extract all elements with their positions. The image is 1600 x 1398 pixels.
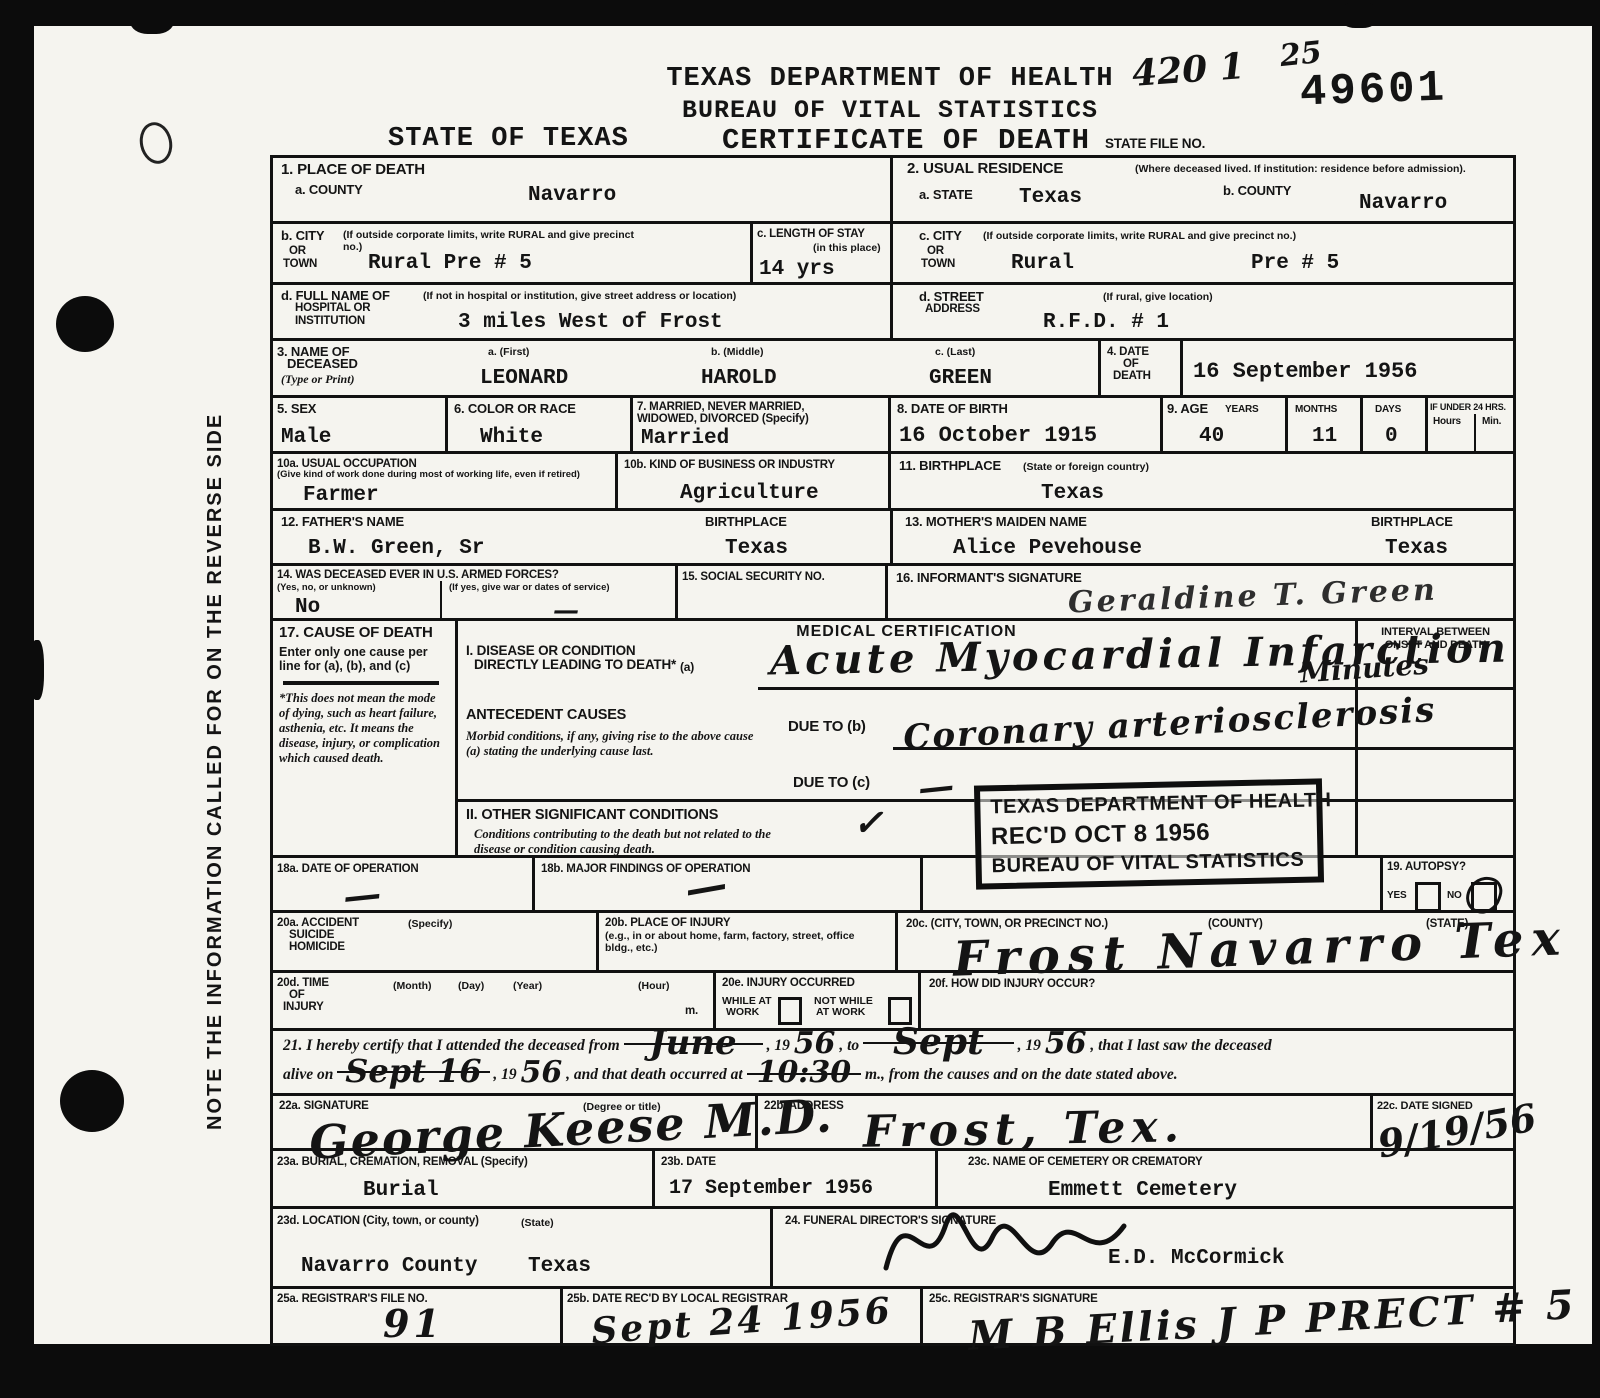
operation-findings-value: —: [682, 863, 731, 912]
injury-time-label3: INJURY: [283, 1001, 324, 1014]
dod-label2: OF: [1123, 358, 1139, 371]
row-operation: 18a. DATE OF OPERATION — 18b. MAJOR FIND…: [273, 855, 1513, 910]
injury-time-label2: OF: [289, 989, 305, 1002]
mother-value: Alice Pevehouse: [953, 537, 1142, 560]
dod-label3: DEATH: [1113, 370, 1151, 383]
field-residence-city: c. CITY (If outside corporate limits, wr…: [893, 224, 1513, 282]
field-birthplace: 11. BIRTHPLACE (State or foreign country…: [891, 454, 1513, 508]
under24-divider: [1474, 414, 1476, 452]
cert-p8: , and that death occurred at: [566, 1066, 743, 1083]
field-time-of-injury: 20d. TIME OF INJURY (Month) (Day) (Year)…: [273, 973, 716, 1028]
residence-precinct-value: Pre # 5: [1251, 252, 1339, 275]
place-of-injury-note: (e.g., in or about home, farm, factory, …: [605, 930, 880, 954]
due-b-value: Coronary arteriosclerosis: [902, 693, 1437, 755]
row-parents: 12. FATHER'S NAME BIRTHPLACE B.W. Green,…: [273, 508, 1513, 563]
scan-edge-left: [0, 0, 34, 1398]
header-dept-line1: TEXAS DEPARTMENT OF HEALTH: [640, 64, 1140, 94]
death-certificate-scan: NOTE THE INFORMATION CALLED FOR ON THE R…: [0, 0, 1600, 1398]
field-physician-address: 22b. ADDRESS Frost, Tex.: [758, 1096, 1373, 1148]
field-color-race: 6. COLOR OR RACE White: [448, 398, 633, 451]
industry-label: 10b. KIND OF BUSINESS OR INDUSTRY: [624, 459, 884, 472]
row-service-informant: 14. WAS DECEASED EVER IN U.S. ARMED FORC…: [273, 563, 1513, 618]
birthplace-note: (State or foreign country): [1023, 461, 1149, 473]
field-age-days: DAYS 0: [1363, 398, 1428, 451]
funeral-director-signature-scrawl: [878, 1182, 1128, 1297]
cert-p5: , that I last saw the deceased: [1090, 1037, 1271, 1054]
dod-value: 16 September 1956: [1193, 359, 1417, 384]
color-race-label: 6. COLOR OR RACE: [454, 402, 576, 417]
margin-note: NOTE THE INFORMATION CALLED FOR ON THE R…: [204, 345, 227, 1130]
scan-blob: [130, 2, 174, 34]
field-cause-of-death-sidebar: 17. CAUSE OF DEATH Enter only one cause …: [273, 621, 458, 855]
cause-note2: *This does not mean the mode of dying, s…: [279, 691, 449, 766]
handwritten-oval-mark: [136, 119, 176, 167]
received-stamp: TEXAS DEPARTMENT OF HEALTH REC'D OCT 8 1…: [974, 778, 1324, 889]
field-middle-name: b. (Middle) HAROLD: [653, 341, 873, 395]
city-label: b. CITY: [281, 229, 324, 244]
autopsy-label: 19. AUTOPSY?: [1387, 861, 1466, 874]
war-note: (If yes, give war or dates of service): [449, 583, 664, 594]
city-town: TOWN: [283, 258, 317, 271]
field-city-of-death: b. CITY (If outside corporate limits, wr…: [273, 224, 753, 282]
field-operation-findings: 18b. MAJOR FINDINGS OF OPERATION —: [535, 858, 923, 910]
field-last-name: c. (Last) GREEN: [873, 341, 1098, 395]
cert-to-value: Sept: [863, 1042, 1014, 1044]
certificate-form: 1. PLACE OF DEATH a. COUNTY Navarro 2. U…: [270, 155, 1516, 1346]
scan-blob: [980, 0, 1006, 20]
accident-label3: HOMICIDE: [289, 941, 345, 954]
field-dob: 8. DATE OF BIRTH 16 October 1915: [891, 398, 1163, 451]
age-days-value: 0: [1385, 425, 1398, 448]
age-years-label: YEARS: [1225, 404, 1258, 415]
usual-residence-label: 2. USUAL RESIDENCE: [907, 161, 1063, 178]
cert-p6: alive on: [283, 1066, 333, 1083]
armed-forces-note: (Yes, no, or unknown): [277, 583, 397, 594]
field-registrar-date: 25b. DATE REC'D BY LOCAL REGISTRAR Sept …: [563, 1289, 923, 1343]
due-c-label: DUE TO (c): [793, 775, 870, 792]
field-place-of-death: 1. PLACE OF DEATH a. COUNTY Navarro: [273, 158, 893, 221]
injury-hour-label: (Hour): [638, 980, 670, 992]
field-injury-location: 20c. (CITY, TOWN, OR PRECINCT NO.) (COUN…: [898, 913, 1513, 970]
field-street-address: d. STREET ADDRESS (If rural, give locati…: [893, 285, 1513, 338]
cert-p7: , 19: [493, 1066, 516, 1083]
row-medical-certification: 17. CAUSE OF DEATH Enter only one cause …: [273, 618, 1513, 855]
field-registrar-signature: 25c. REGISTRAR'S SIGNATURE M B Ellis J P…: [923, 1289, 1513, 1343]
field-first-name: a. (First) LEONARD: [458, 341, 653, 395]
place-of-injury-label: 20b. PLACE OF INJURY: [605, 917, 730, 930]
institution-label2: HOSPITAL OR: [295, 302, 370, 315]
row-institution-street: d. FULL NAME OF (If not in hospital or i…: [273, 282, 1513, 338]
residence-state-value: Texas: [1019, 186, 1082, 209]
cemetery-label: 23c. NAME OF CEMETERY OR CREMATORY: [968, 1156, 1203, 1169]
field-institution: d. FULL NAME OF (If not in hospital or i…: [273, 285, 893, 338]
age-label: 9. AGE: [1167, 402, 1208, 417]
burial-location-state-label: (State): [521, 1217, 554, 1229]
county-value: Navarro: [528, 184, 616, 207]
residence-city-label: c. CITY: [919, 229, 962, 244]
marital-label2: WIDOWED, DIVORCED (Specify): [637, 413, 809, 426]
name-label2: DECEASED: [287, 357, 358, 372]
burial-location-value: Navarro County: [301, 1255, 477, 1278]
header-dept-line2: BUREAU OF VITAL STATISTICS: [640, 96, 1140, 125]
row-certification-statement: 21. I hereby certify that I attended the…: [273, 1028, 1513, 1093]
under24-label: IF UNDER 24 HRS.: [1430, 402, 1506, 412]
interval-line-b: [1358, 747, 1513, 750]
last-name-value: GREEN: [929, 367, 992, 390]
disease-label1: I. DISEASE OR CONDITION: [466, 643, 635, 658]
not-while-label2: AT WORK: [816, 1006, 865, 1018]
sex-label: 5. SEX: [277, 402, 316, 417]
field-industry: 10b. KIND OF BUSINESS OR INDUSTRY Agricu…: [618, 454, 891, 508]
name-label3: (Type or Print): [281, 372, 355, 386]
field-dod-value: 16 September 1956: [1183, 341, 1513, 395]
city-note: (If outside corporate limits, write RURA…: [343, 229, 648, 253]
mother-label: 13. MOTHER'S MAIDEN NAME: [905, 515, 1087, 530]
field-sex: 5. SEX Male: [273, 398, 448, 451]
scan-edge-right: [1592, 0, 1600, 1398]
injury-occurred-label: 20e. INJURY OCCURRED: [722, 977, 855, 990]
injury-month-label: (Month): [393, 980, 431, 992]
middle-name-label: b. (Middle): [711, 346, 764, 358]
institution-label3: INSTITUTION: [295, 315, 365, 328]
under24-hours-label: Hours: [1433, 416, 1461, 427]
field-under-24: IF UNDER 24 HRS. Hours Min.: [1428, 398, 1513, 451]
disease-tag: (a): [680, 661, 694, 674]
scan-blob: [420, 0, 450, 24]
certificate-title: CERTIFICATE OF DEATH: [722, 124, 1090, 157]
marital-value: Married: [641, 427, 729, 450]
first-name-label: a. (First): [488, 346, 529, 358]
signature-label: 22a. SIGNATURE: [279, 1100, 369, 1113]
age-months-value: 11: [1312, 425, 1337, 448]
armed-forces-label: 14. WAS DECEASED EVER IN U.S. ARMED FORC…: [277, 569, 559, 582]
residence-city-town: TOWN: [921, 258, 955, 271]
residence-city-value: Rural: [1011, 252, 1074, 275]
field-age-years: 9. AGE YEARS 40: [1163, 398, 1288, 451]
field-usual-residence: 2. USUAL RESIDENCE (Where deceased lived…: [893, 158, 1513, 221]
field-place-of-injury: 20b. PLACE OF INJURY (e.g., in or about …: [599, 913, 898, 970]
field-armed-forces: 14. WAS DECEASED EVER IN U.S. ARMED FORC…: [273, 566, 678, 618]
age-years-value: 40: [1199, 425, 1224, 448]
age-months-label: MONTHS: [1295, 404, 1337, 415]
row-physician: 22a. SIGNATURE (Degree or title) George …: [273, 1093, 1513, 1148]
autopsy-yes-checkbox: [1415, 882, 1441, 912]
stamp-line2: REC'D OCT 8 1956: [991, 817, 1308, 852]
institution-value: 3 miles West of Frost: [458, 311, 723, 334]
street-note: (If rural, give location): [1103, 291, 1213, 303]
field-length-of-stay: c. LENGTH OF STAY (in this place) 14 yrs: [753, 224, 893, 282]
middle-name-value: HAROLD: [701, 367, 777, 390]
father-label: 12. FATHER'S NAME: [281, 515, 404, 530]
birthplace-label: 11. BIRTHPLACE: [899, 459, 1001, 474]
row-name-dod: 3. NAME OF DECEASED (Type or Print) a. (…: [273, 338, 1513, 395]
disease-label2: DIRECTLY LEADING TO DEATH*: [474, 657, 676, 672]
certification-line2: alive on Sept 16 , 19 56 , and that deat…: [283, 1066, 1503, 1085]
antecedent-label: ANTECEDENT CAUSES: [466, 707, 626, 723]
interval-value: Minutes: [1299, 651, 1429, 688]
ssn-label: 15. SOCIAL SECURITY NO.: [682, 571, 825, 584]
burial-value: Burial: [363, 1179, 439, 1202]
while-at-work-checkbox: [778, 997, 802, 1025]
father-birthplace-value: Texas: [725, 537, 788, 560]
registrar-file-value: 91: [383, 1305, 444, 1343]
residence-county-value: Navarro: [1359, 192, 1447, 215]
street-label2: ADDRESS: [925, 303, 980, 316]
accident-note: (Specify): [408, 918, 452, 930]
street-value: R.F.D. # 1: [1043, 311, 1169, 334]
field-age-months: MONTHS 11: [1288, 398, 1363, 451]
city-or: OR: [289, 245, 306, 258]
city-value: Rural Pre # 5: [368, 252, 532, 275]
field-name-label: 3. NAME OF DECEASED (Type or Print): [273, 341, 458, 395]
row-place-residence: 1. PLACE OF DEATH a. COUNTY Navarro 2. U…: [273, 158, 1513, 221]
handwritten-code: 420 1: [1131, 48, 1246, 92]
sex-value: Male: [281, 426, 331, 449]
burial-location-label: 23d. LOCATION (City, town, or county): [277, 1215, 479, 1228]
injury-year-label: (Year): [513, 980, 542, 992]
field-registrar-file-no: 25a. REGISTRAR'S FILE NO. 91: [273, 1289, 563, 1343]
hole-punch-top: [56, 296, 114, 352]
scan-blob: [1340, 2, 1378, 28]
field-mother: 13. MOTHER'S MAIDEN NAME BIRTHPLACE Alic…: [893, 511, 1513, 563]
while-at-work-label2: WORK: [726, 1006, 759, 1018]
cert-p2: , 19: [767, 1037, 790, 1054]
header-state-of-texas: STATE OF TEXAS: [388, 124, 629, 154]
other-conditions-label: II. OTHER SIGNIFICANT CONDITIONS: [466, 807, 718, 823]
dob-label: 8. DATE OF BIRTH: [897, 402, 1008, 417]
cert-p4: , 19: [1018, 1037, 1041, 1054]
place-of-death-label: 1. PLACE OF DEATH: [281, 162, 425, 179]
state-file-number: 49601: [1299, 63, 1448, 118]
burial-date-label: 23b. DATE: [661, 1156, 716, 1169]
cert-alive-value: Sept 16: [337, 1071, 489, 1073]
scan-edge-bottom: [0, 1344, 1600, 1398]
burial-date-value: 17 September 1956: [669, 1177, 873, 1200]
father-birthplace-label: BIRTHPLACE: [705, 515, 787, 530]
occupation-value: Farmer: [303, 484, 379, 507]
row-occupation: 10a. USUAL OCCUPATION (Give kind of work…: [273, 451, 1513, 508]
injury-time-label1: 20d. TIME: [277, 977, 329, 990]
physician-address-value: Frost, Tex.: [863, 1105, 1186, 1155]
stay-note: (in this place): [813, 242, 889, 254]
industry-value: Agriculture: [680, 482, 819, 505]
field-father: 12. FATHER'S NAME BIRTHPLACE B.W. Green,…: [273, 511, 893, 563]
mother-birthplace-value: Texas: [1385, 537, 1448, 560]
field-certification: 21. I hereby certify that I attended the…: [273, 1031, 1513, 1093]
cause-note1: Enter only one cause per line for (a), (…: [279, 645, 449, 674]
marital-label1: 7. MARRIED, NEVER MARRIED,: [637, 401, 804, 414]
cert-p9: m., from the causes and on the date stat…: [865, 1066, 1178, 1083]
other-conditions-note: Conditions contributing to the death but…: [474, 827, 804, 857]
stamp-line3: BUREAU OF VITAL STATISTICS: [991, 849, 1307, 879]
field-occupation: 10a. USUAL OCCUPATION (Give kind of work…: [273, 454, 618, 508]
disease-line: [758, 687, 1358, 690]
field-autopsy: 19. AUTOPSY? YES NO: [1383, 858, 1513, 910]
dod-label1: 4. DATE: [1107, 346, 1149, 359]
cert-p3: , to: [839, 1037, 859, 1054]
color-race-value: White: [480, 426, 543, 449]
antecedent-note: Morbid conditions, if any, giving rise t…: [466, 729, 761, 759]
stamp-line1: TEXAS DEPARTMENT OF HEALTH: [990, 790, 1306, 820]
residence-city-note: (If outside corporate limits, write RURA…: [983, 230, 1383, 242]
field-ssn: 15. SOCIAL SECURITY NO.: [678, 566, 888, 618]
state-file-no-label: STATE FILE NO.: [1105, 136, 1205, 151]
autopsy-yes-label: YES: [1387, 890, 1406, 901]
due-b-label: DUE TO (b): [788, 719, 866, 736]
field-marital: 7. MARRIED, NEVER MARRIED, WIDOWED, DIVO…: [633, 398, 891, 451]
under24-min-label: Min.: [1482, 416, 1501, 427]
field-burial-location: 23d. LOCATION (City, town, or county) (S…: [273, 1209, 773, 1286]
row-city-stay: b. CITY (If outside corporate limits, wr…: [273, 221, 1513, 282]
interval-line-a: [1358, 687, 1513, 690]
other-conditions-value: ✓: [853, 805, 883, 841]
scan-blob: [30, 640, 44, 700]
cert-time-value: 10:30: [747, 1073, 862, 1075]
informant-signature: Geraldine T. Green: [1068, 576, 1439, 619]
first-name-value: LEONARD: [480, 367, 568, 390]
accident-label1: 20a. ACCIDENT: [277, 917, 359, 930]
row-sex-age: 5. SEX Male 6. COLOR OR RACE White 7. MA…: [273, 395, 1513, 451]
last-name-label: c. (Last): [935, 346, 975, 358]
field-informant: 16. INFORMANT'S SIGNATURE Geraldine T. G…: [888, 566, 1513, 618]
injury-m-label: m.: [685, 1005, 698, 1018]
age-days-label: DAYS: [1375, 404, 1401, 415]
row-injury-place: 20a. ACCIDENT SUICIDE HOMICIDE (Specify)…: [273, 910, 1513, 970]
mother-birthplace-label: BIRTHPLACE: [1371, 515, 1453, 530]
field-date-of-operation: 18a. DATE OF OPERATION —: [273, 858, 535, 910]
stay-value: 14 yrs: [759, 258, 835, 281]
field-accident-suicide: 20a. ACCIDENT SUICIDE HOMICIDE (Specify): [273, 913, 599, 970]
father-value: B.W. Green, Sr: [308, 537, 484, 560]
field-date-signed: 22c. DATE SIGNED 9/19/56: [1373, 1096, 1513, 1148]
autopsy-no-label: NO: [1447, 890, 1462, 901]
armed-forces-divider: [440, 581, 442, 621]
interval-line-c: [1358, 799, 1513, 802]
occupation-note: (Give kind of work done during most of w…: [277, 470, 607, 481]
row-injury-time: 20d. TIME OF INJURY (Month) (Day) (Year)…: [273, 970, 1513, 1028]
dob-value: 16 October 1915: [899, 423, 1097, 448]
usual-residence-note: (Where deceased lived. If institution: r…: [1135, 163, 1507, 175]
field-injury-occurred: 20e. INJURY OCCURRED WHILE AT WORK NOT W…: [716, 973, 921, 1028]
institution-note: (If not in hospital or institution, give…: [423, 290, 883, 302]
due-c-value: —: [916, 767, 956, 807]
residence-county-label: b. COUNTY: [1223, 184, 1291, 199]
informant-label: 16. INFORMANT'S SIGNATURE: [896, 571, 1082, 586]
armed-forces-value: No: [295, 596, 320, 619]
burial-location-state-value: Texas: [528, 1255, 591, 1278]
injury-day-label: (Day): [458, 980, 484, 992]
funeral-director-value: E.D. McCormick: [1108, 1247, 1284, 1270]
cert-from-value: June: [624, 1043, 763, 1045]
field-dod-label: 4. DATE OF DEATH: [1098, 341, 1183, 395]
cause-label: 17. CAUSE OF DEATH: [279, 625, 449, 642]
field-physician-signature: 22a. SIGNATURE (Degree or title) George …: [273, 1096, 758, 1148]
birthplace-value: Texas: [1041, 482, 1104, 505]
cause-divider: [283, 681, 439, 685]
accident-label2: SUICIDE: [289, 929, 334, 942]
hole-punch-bottom: [60, 1070, 124, 1132]
residence-city-or: OR: [927, 245, 944, 258]
stay-label: c. LENGTH OF STAY: [757, 228, 887, 241]
residence-state-label: a. STATE: [919, 188, 973, 203]
county-label: a. COUNTY: [295, 183, 363, 198]
